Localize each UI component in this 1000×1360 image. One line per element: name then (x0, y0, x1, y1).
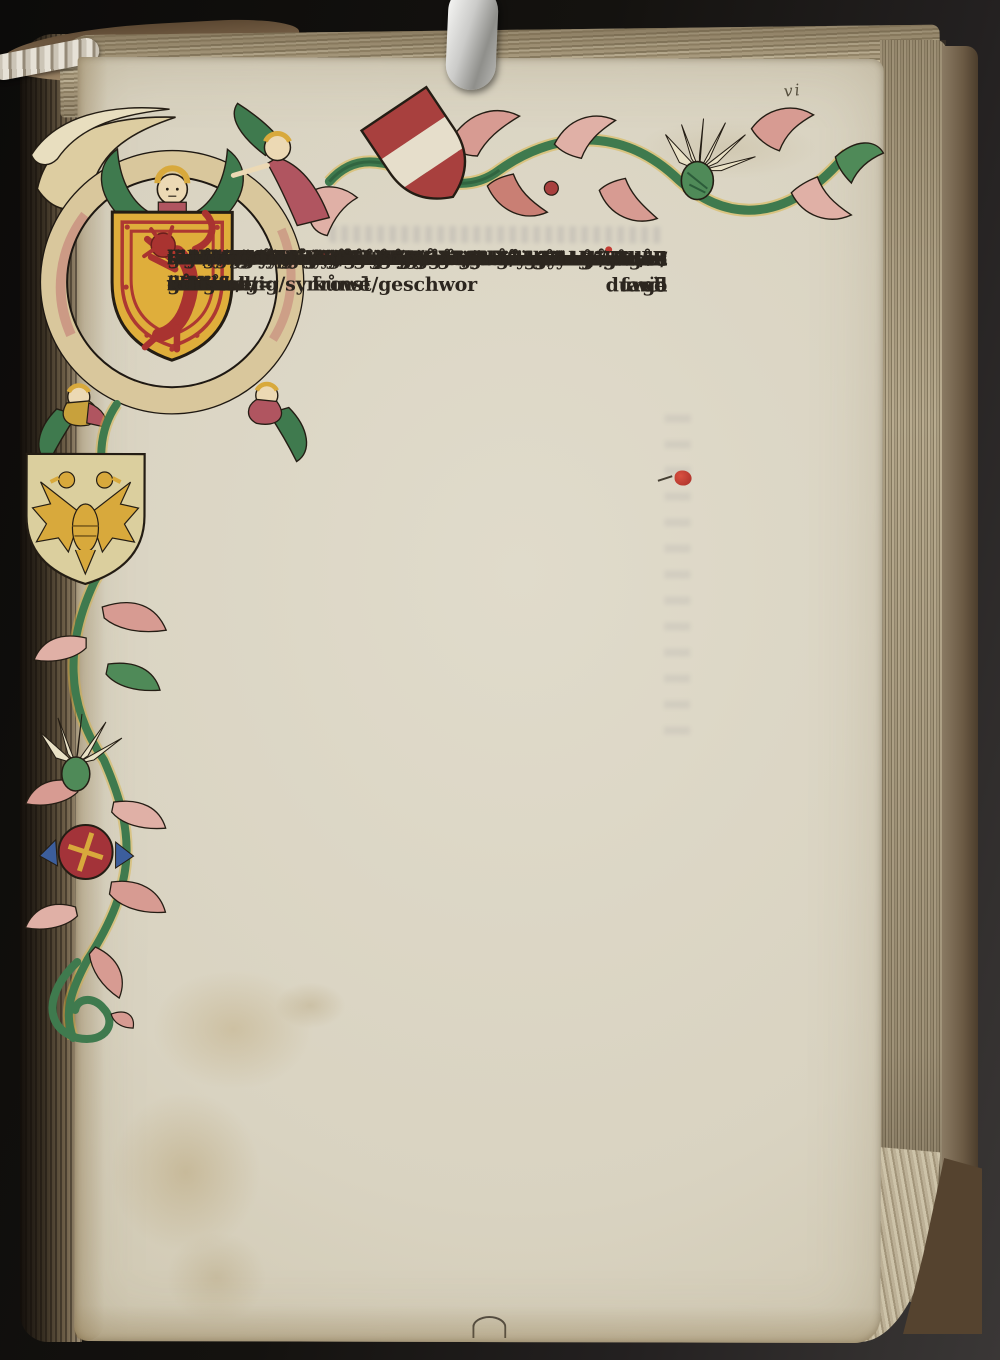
angel-head (157, 174, 187, 204)
text-block: Er Durchlüchtigisten Fürstin vndfrowen f… (167, 245, 667, 246)
metal-page-clip (445, 0, 499, 91)
ink-loop-mark (472, 1316, 506, 1338)
angel-bottom-right (248, 384, 306, 462)
stain (275, 982, 345, 1028)
text-line: ner/vn̄ ain liebhaberin aller gůter kůns… (167, 245, 667, 246)
left-border-decoration (15, 402, 182, 1052)
photographed-book-page: vi (0, 0, 1000, 1360)
red-bud (544, 181, 558, 195)
manuscript-page: vi (74, 57, 883, 1343)
stain (166, 1232, 266, 1322)
top-border-decoration (299, 94, 884, 246)
page-block-fore-edge (880, 40, 946, 1302)
show-through-text (664, 414, 691, 750)
eagle-shield (26, 454, 144, 584)
red-margin-mark (675, 471, 692, 486)
stain (111, 1092, 261, 1252)
binding-board-right (942, 46, 978, 1290)
